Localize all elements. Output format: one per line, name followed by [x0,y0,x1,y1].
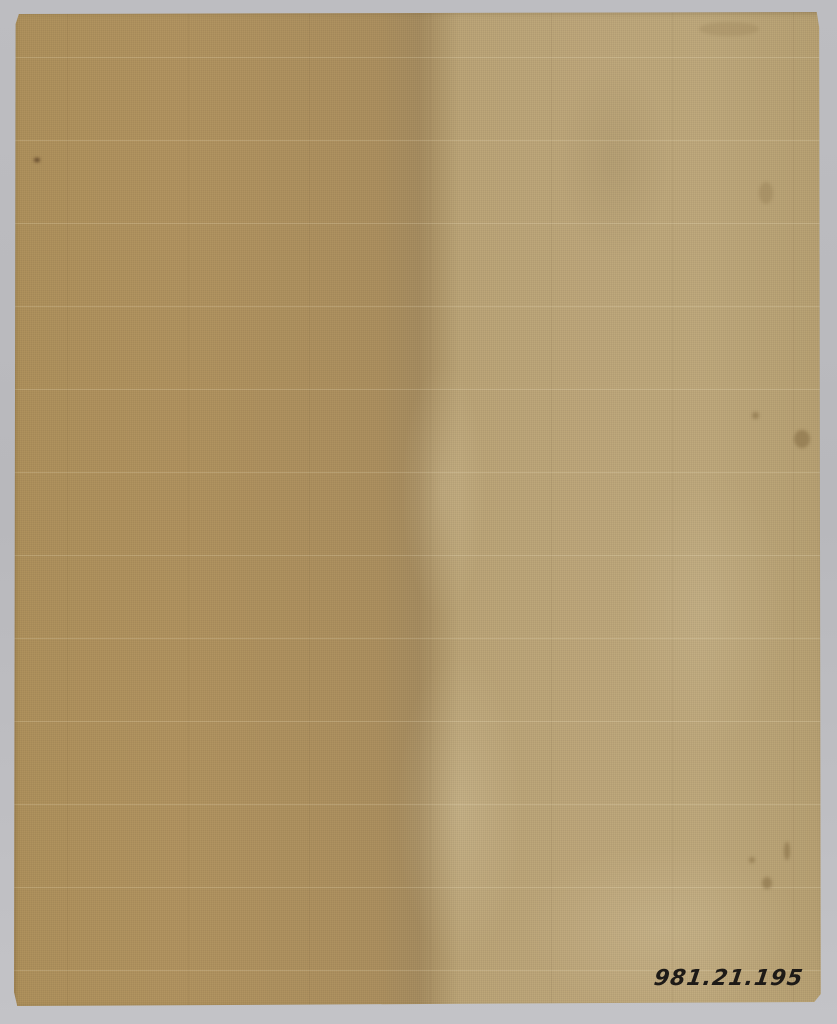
stain-spot [784,842,790,860]
textile-fragment [14,12,824,1008]
stain-spot [749,857,755,863]
stain-spot [34,158,40,162]
stain-spot [699,22,759,36]
stain-spot [794,430,810,448]
stain-spot [759,182,773,204]
accession-number-label: 981.21.195 [652,966,805,991]
stain-spot [762,877,772,889]
textile-slub-threads [14,12,824,1008]
stain-spot [752,412,759,419]
